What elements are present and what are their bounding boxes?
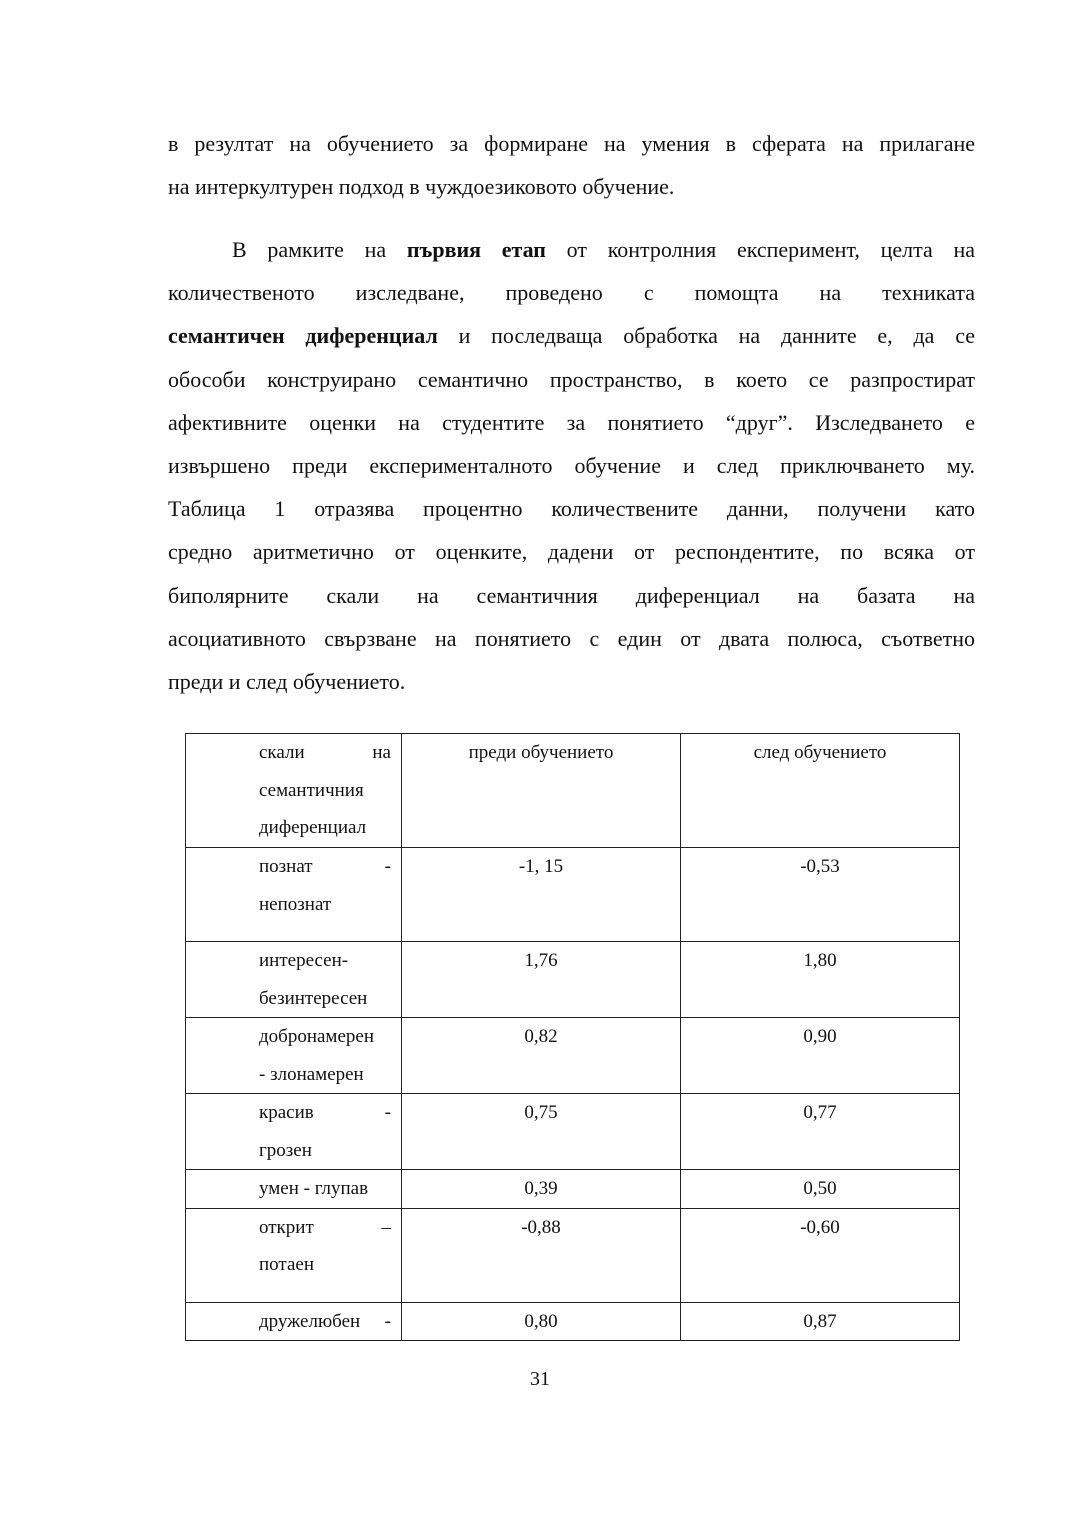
cell-after: 1,80 — [681, 942, 960, 1018]
text-line: извършено преди експерименталното обучен… — [168, 444, 975, 487]
table-row: умен - глупав0,390,50 — [186, 1170, 960, 1209]
cell-after: 0,90 — [681, 1018, 960, 1094]
cell-scale: красив -грозен — [186, 1094, 402, 1170]
text-line: Таблица 1 отразява процентно количествен… — [168, 487, 975, 530]
scale-line: красив - — [259, 1094, 391, 1132]
bold-term-semantic-differential: семантичен диференциал — [168, 323, 438, 348]
text-line: количественото изследване, проведено с п… — [168, 271, 975, 314]
scale-line: интересен- — [259, 942, 391, 980]
table-row: дружелюбен -0,800,87 — [186, 1302, 960, 1341]
scale-line: познат - — [259, 848, 391, 886]
table-row: открит –потаен-0,88-0,60 — [186, 1208, 960, 1302]
text-line: на интеркултурен подход в чуждоезиковото… — [168, 165, 975, 208]
scale-line: - злонамерен — [259, 1056, 391, 1094]
header-before-training: преди обучението — [402, 734, 681, 848]
scale-line: открит – — [259, 1209, 391, 1247]
table-body: познат -непознат-1, 15-0,53интересен-без… — [186, 848, 960, 1341]
semantic-differential-table: скали на семантичния диференциал преди о… — [185, 733, 959, 1341]
cell-scale: умен - глупав — [186, 1170, 402, 1209]
table-header-row: скали на семантичния диференциал преди о… — [186, 734, 960, 848]
cell-before: 0,39 — [402, 1170, 681, 1209]
bold-term-first-stage: първия етап — [407, 237, 546, 262]
scale-line: безинтересен — [259, 980, 391, 1018]
scale-line: добронамерен — [259, 1018, 391, 1056]
table-row: добронамерен- злонамерен0,820,90 — [186, 1018, 960, 1094]
cell-after: -0,60 — [681, 1208, 960, 1302]
cell-before: 1,76 — [402, 942, 681, 1018]
text-line: биполярните скали на семантичния диферен… — [168, 574, 975, 617]
cell-after: 0,50 — [681, 1170, 960, 1209]
cell-before: -0,88 — [402, 1208, 681, 1302]
header-after-training: след обучението — [681, 734, 960, 848]
cell-scale: добронамерен- злонамерен — [186, 1018, 402, 1094]
text-fragment: от контролния експеримент, целта на — [546, 237, 975, 262]
text-line: семантичен диференциал и последваща обра… — [168, 314, 975, 357]
scale-line: грозен — [259, 1132, 391, 1170]
page-number: 31 — [0, 1368, 1080, 1391]
cell-before: 0,75 — [402, 1094, 681, 1170]
header-scales: скали на семантичния диференциал — [186, 734, 402, 848]
text-fragment: и последваща обработка на данните е, да … — [438, 323, 975, 348]
header-before-label: преди обучението — [402, 734, 680, 774]
paragraph-first-stage: В рамките на първия етап от контролния е… — [168, 228, 975, 703]
cell-after: -0,53 — [681, 848, 960, 942]
table-row: познат -непознат-1, 15-0,53 — [186, 848, 960, 942]
cell-scale: дружелюбен - — [186, 1302, 402, 1341]
header-after-label: след обучението — [681, 734, 959, 774]
cell-after: 0,87 — [681, 1302, 960, 1341]
cell-scale: открит –потаен — [186, 1208, 402, 1302]
table-row: интересен-безинтересен1,761,80 — [186, 942, 960, 1018]
paragraph-continuation: в резултат на обучението за формиране на… — [168, 122, 975, 208]
text-line: асоциативното свързване на понятието с е… — [168, 617, 975, 660]
cell-scale: интересен-безинтересен — [186, 942, 402, 1018]
header-scales-line: скали на — [186, 734, 401, 772]
text-line: средно аритметично от оценките, дадени о… — [168, 530, 975, 573]
text-line: В рамките на първия етап от контролния е… — [168, 228, 975, 271]
data-table: скали на семантичния диференциал преди о… — [185, 733, 960, 1341]
scale-line: непознат — [259, 886, 391, 924]
text-line: в резултат на обучението за формиране на… — [168, 122, 975, 165]
table-row: красив -грозен0,750,77 — [186, 1094, 960, 1170]
scale-line: дружелюбен - — [259, 1303, 391, 1341]
text-line: афективните оценки на студентите за поня… — [168, 401, 975, 444]
header-scales-line: диференциал — [186, 809, 401, 847]
cell-before: -1, 15 — [402, 848, 681, 942]
text-line: обособи конструирано семантично простран… — [168, 358, 975, 401]
scale-line: умен - глупав — [259, 1170, 391, 1208]
header-scales-line: семантичния — [186, 772, 401, 810]
cell-scale: познат -непознат — [186, 848, 402, 942]
text-line: преди и след обучението. — [168, 660, 975, 703]
text-fragment: В рамките на — [232, 237, 407, 262]
cell-before: 0,82 — [402, 1018, 681, 1094]
scale-line: потаен — [259, 1246, 391, 1284]
cell-after: 0,77 — [681, 1094, 960, 1170]
cell-before: 0,80 — [402, 1302, 681, 1341]
